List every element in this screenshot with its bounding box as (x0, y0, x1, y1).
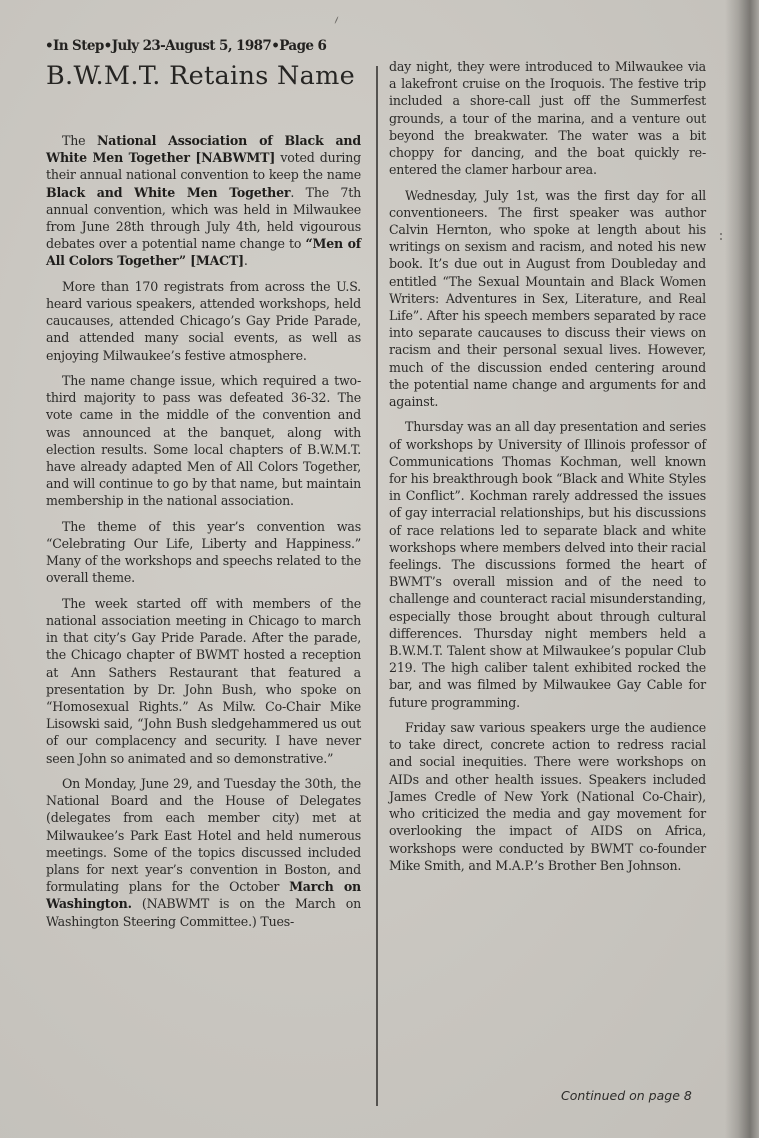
paper-speck (720, 233, 722, 235)
text: day night, they were introduced to Milwa… (389, 59, 706, 177)
article-paragraph: Friday saw various speakers urge the aud… (389, 719, 706, 874)
headline: B.W.M.T. Retains Name (46, 62, 366, 91)
text: On Monday, June 29, and Tuesday the 30th… (46, 776, 361, 894)
text: Friday saw various speakers urge the aud… (389, 720, 706, 873)
text: The week started off with members of the… (46, 596, 361, 766)
article-paragraph: Wednesday, July 1st, was the first day f… (389, 187, 706, 411)
article-paragraph: day night, they were introduced to Milwa… (389, 58, 706, 178)
article-paragraph: The National Association of Black and Wh… (46, 132, 361, 270)
bold-text: Black and White Men Together (46, 185, 290, 200)
article-paragraph: On Monday, June 29, and Tuesday the 30th… (46, 775, 361, 930)
article-paragraph: More than 170 registrats from across the… (46, 278, 361, 364)
text: The name change issue, which required a … (46, 373, 361, 508)
text: Thursday was an all day presentation and… (389, 419, 706, 709)
article-paragraph: The theme of this year’s convention was … (46, 518, 361, 587)
article-paragraph: The name change issue, which required a … (46, 372, 361, 510)
paper-speck (720, 238, 722, 240)
article-paragraph: The week started off with members of the… (46, 595, 361, 767)
article-paragraph: Thursday was an all day presentation and… (389, 418, 706, 710)
text: Wednesday, July 1st, was the first day f… (389, 188, 706, 409)
dateline: •In Step•July 23-August 5, 1987•Page 6 (45, 38, 326, 54)
text: The (62, 133, 97, 148)
text: More than 170 registrats from across the… (46, 279, 361, 363)
text: . (244, 253, 248, 268)
column-divider (376, 66, 378, 1106)
article-column-right: day night, they were introduced to Milwa… (389, 58, 706, 882)
text: The theme of this year’s convention was … (46, 519, 361, 586)
continued-on-page-note: Continued on page 8 (561, 1088, 692, 1103)
article-column-left: The National Association of Black and Wh… (46, 132, 361, 938)
